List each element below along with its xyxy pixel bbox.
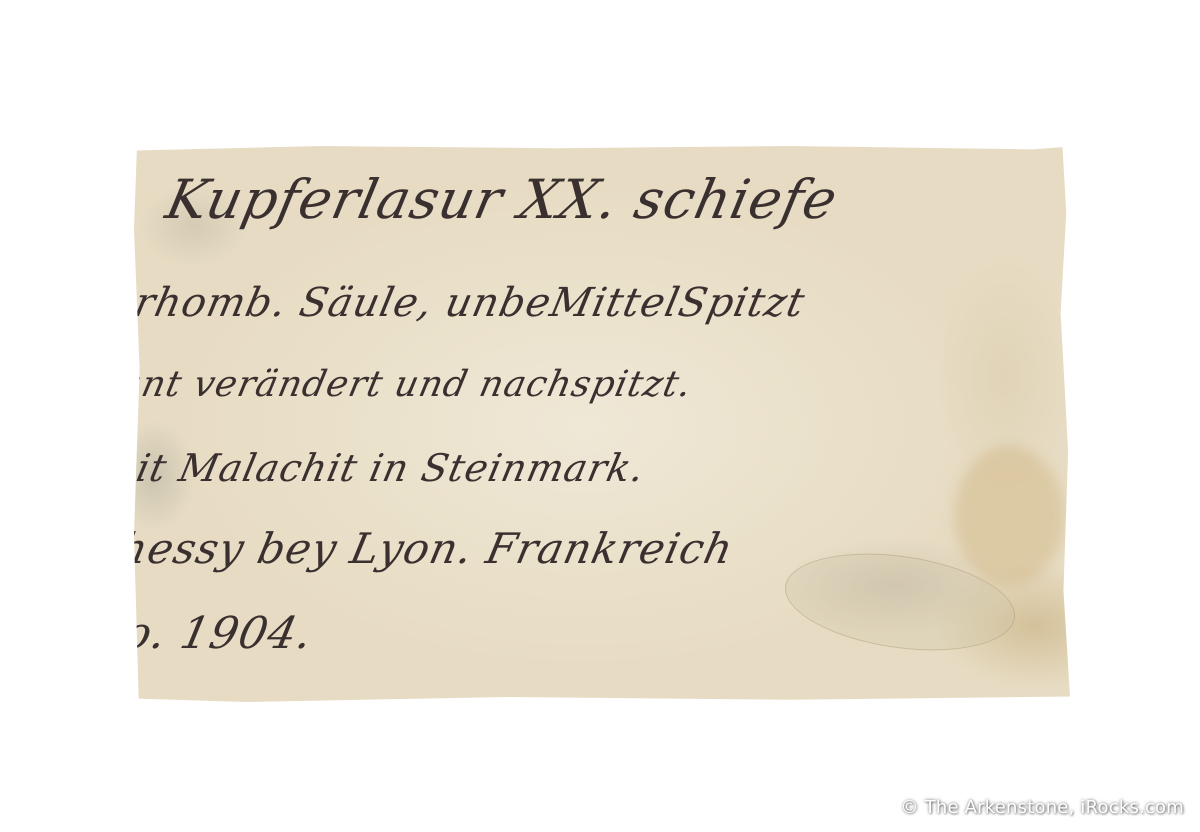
- copyright-watermark: © The Arkenstone, iRocks.com: [901, 797, 1184, 818]
- water-stain: [779, 540, 1022, 663]
- handwritten-line-2: rhomb. Säule, unbeMittelSpitzt: [130, 280, 809, 326]
- photo-stage: Kupferlasur XX. schiefe rhomb. Säule, un…: [0, 0, 1200, 832]
- handwritten-line-1: Kupferlasur XX. schiefe: [161, 168, 844, 231]
- mineral-label-paper: Kupferlasur XX. schiefe rhomb. Säule, un…: [134, 146, 1070, 702]
- handwritten-line-5: Chessy bey Lyon. Frankreich: [82, 524, 738, 573]
- handwritten-line-3: unt verändert und nachspitzt.: [114, 364, 696, 405]
- handwritten-line-4: mit Malachit in Steinmark.: [96, 446, 650, 490]
- handwritten-line-6: No. 1904.: [80, 608, 318, 659]
- tan-stain: [954, 446, 1064, 586]
